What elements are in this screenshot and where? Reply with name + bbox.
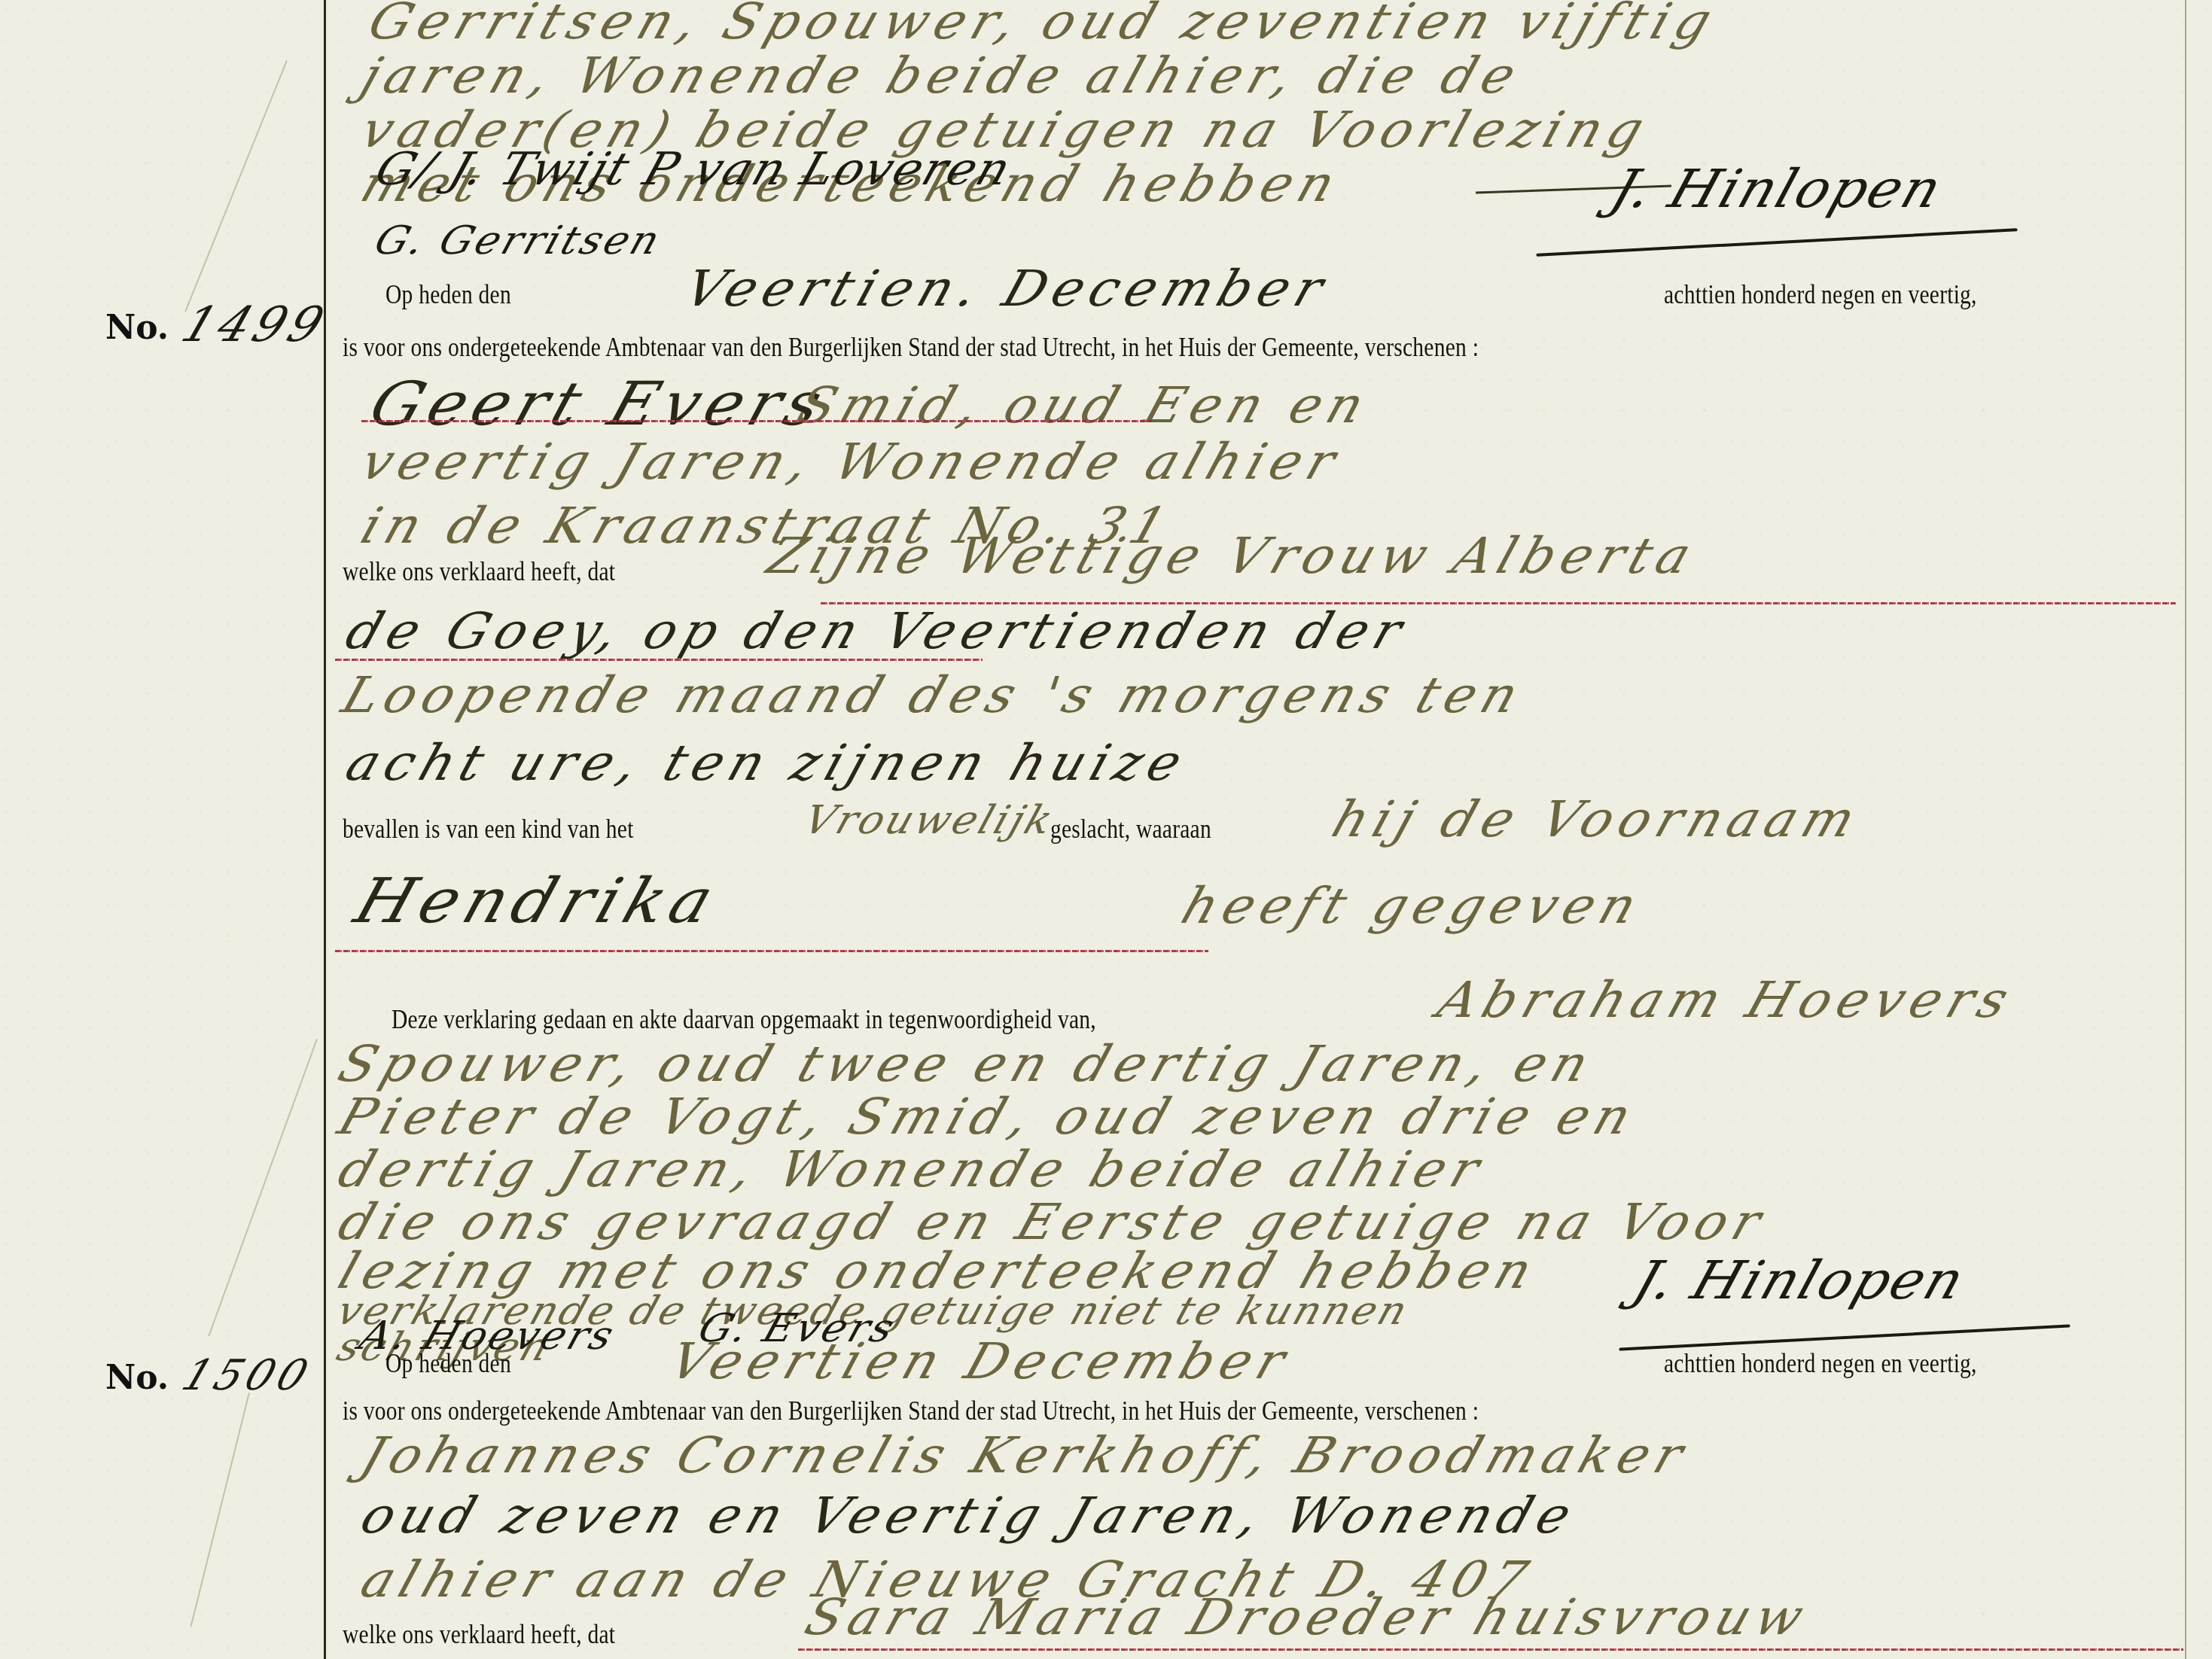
hand-declarant-1: Johannes Cornelis Kerkhoff, Broodmaker bbox=[354, 1426, 1696, 1484]
red-underline bbox=[361, 420, 1152, 422]
print-year: achttien honderd negen en veertig, bbox=[1664, 1347, 1977, 1379]
hand-mother-3: Loopende maand des 's morgens ten bbox=[335, 666, 1532, 724]
hand-mother-1: Zijne Wettige Vrouw Alberta bbox=[760, 527, 1705, 585]
signature-gerritsen: G. Gerritsen bbox=[369, 218, 668, 263]
entry-number: 1499 bbox=[175, 297, 336, 353]
hand-named-end: heeft gegeven bbox=[1175, 877, 1650, 935]
hand-date: Veertien December bbox=[663, 1332, 1299, 1390]
margin-flourish bbox=[184, 60, 288, 312]
hand-mother-4: acht ure, ten zijnen huize bbox=[339, 734, 1196, 792]
top-line-1: Gerritsen, Spouwer, oud zeventien vijfti… bbox=[361, 0, 1725, 50]
print-bevallen: bevallen is van een kind van het bbox=[343, 813, 634, 845]
entry-number-prefix: No. bbox=[105, 1359, 169, 1397]
entry-number-prefix: No. bbox=[105, 309, 169, 347]
margin-rule bbox=[324, 0, 326, 1659]
print-deze: Deze verklaring gedaan en akte daarvan o… bbox=[392, 1003, 1096, 1035]
hand-declarant-1b: Smid, oud Een en bbox=[791, 376, 1378, 434]
print-verschenen: is voor ons ondergeteekende Ambtenaar va… bbox=[343, 331, 1479, 363]
signature-flourish bbox=[1536, 228, 2017, 256]
top-line-2: jaren, Wonende beide alhier, die de bbox=[354, 47, 1529, 105]
signature-twijt-van-loveren: G/ J. Twijt P van Loveren bbox=[369, 143, 1019, 196]
hand-witness-2: Spouwer, oud twee en dertig Jaren, en bbox=[331, 1035, 1602, 1093]
print-geslacht: geslacht, waaraan bbox=[1050, 813, 1211, 845]
page-edge bbox=[2185, 0, 2186, 1659]
red-underline bbox=[335, 950, 1208, 952]
print-op-heden: Op heden den bbox=[385, 1347, 511, 1379]
register-page: Gerritsen, Spouwer, oud zeventien vijfti… bbox=[0, 0, 2212, 1659]
entry-number: 1500 bbox=[175, 1351, 318, 1400]
print-year: achttien honderd negen en veertig, bbox=[1664, 279, 1977, 310]
hand-mother-2: de Goey, op den Veertienden der bbox=[339, 602, 1415, 660]
print-welke: welke ons verklaard heeft, dat bbox=[343, 556, 615, 587]
hand-declarant-2: veertig Jaren, Wonende alhier bbox=[354, 433, 1349, 491]
hand-child-name: Hendrika bbox=[346, 866, 728, 937]
hand-declarant-2: oud zeven en Veertig Jaren, Wonende bbox=[354, 1487, 1585, 1545]
hand-witness-4: dertig Jaren, Wonende beide alhier bbox=[331, 1140, 1493, 1198]
hand-witness-1: Abraham Hoevers bbox=[1430, 971, 2022, 1029]
margin-flourish bbox=[208, 1039, 318, 1336]
hand-declarant-1: Geert Evers bbox=[361, 369, 837, 439]
signature-hinlopen-1: J. Hinlopen bbox=[1604, 158, 1951, 220]
hand-witness-3: Pieter de Vogt, Smid, oud zeven drie en bbox=[331, 1088, 1645, 1146]
hand-mother-1: Sara Maria Droeder huisvrouw bbox=[798, 1588, 1817, 1646]
hand-named: hij de Voornaam bbox=[1325, 790, 1869, 848]
hand-sex: Vrouwelijk bbox=[798, 798, 1061, 843]
print-verschenen: is voor ons ondergeteekende Ambtenaar va… bbox=[343, 1395, 1479, 1426]
margin-flourish bbox=[190, 1393, 250, 1627]
hand-date: Veertien. December bbox=[678, 260, 1336, 318]
red-underline bbox=[335, 659, 983, 661]
red-underline bbox=[798, 1648, 2183, 1651]
signature-hinlopen-2: J. Hinlopen bbox=[1626, 1250, 1973, 1311]
print-welke: welke ons verklaard heeft, dat bbox=[343, 1618, 615, 1650]
print-op-heden: Op heden den bbox=[385, 279, 511, 310]
